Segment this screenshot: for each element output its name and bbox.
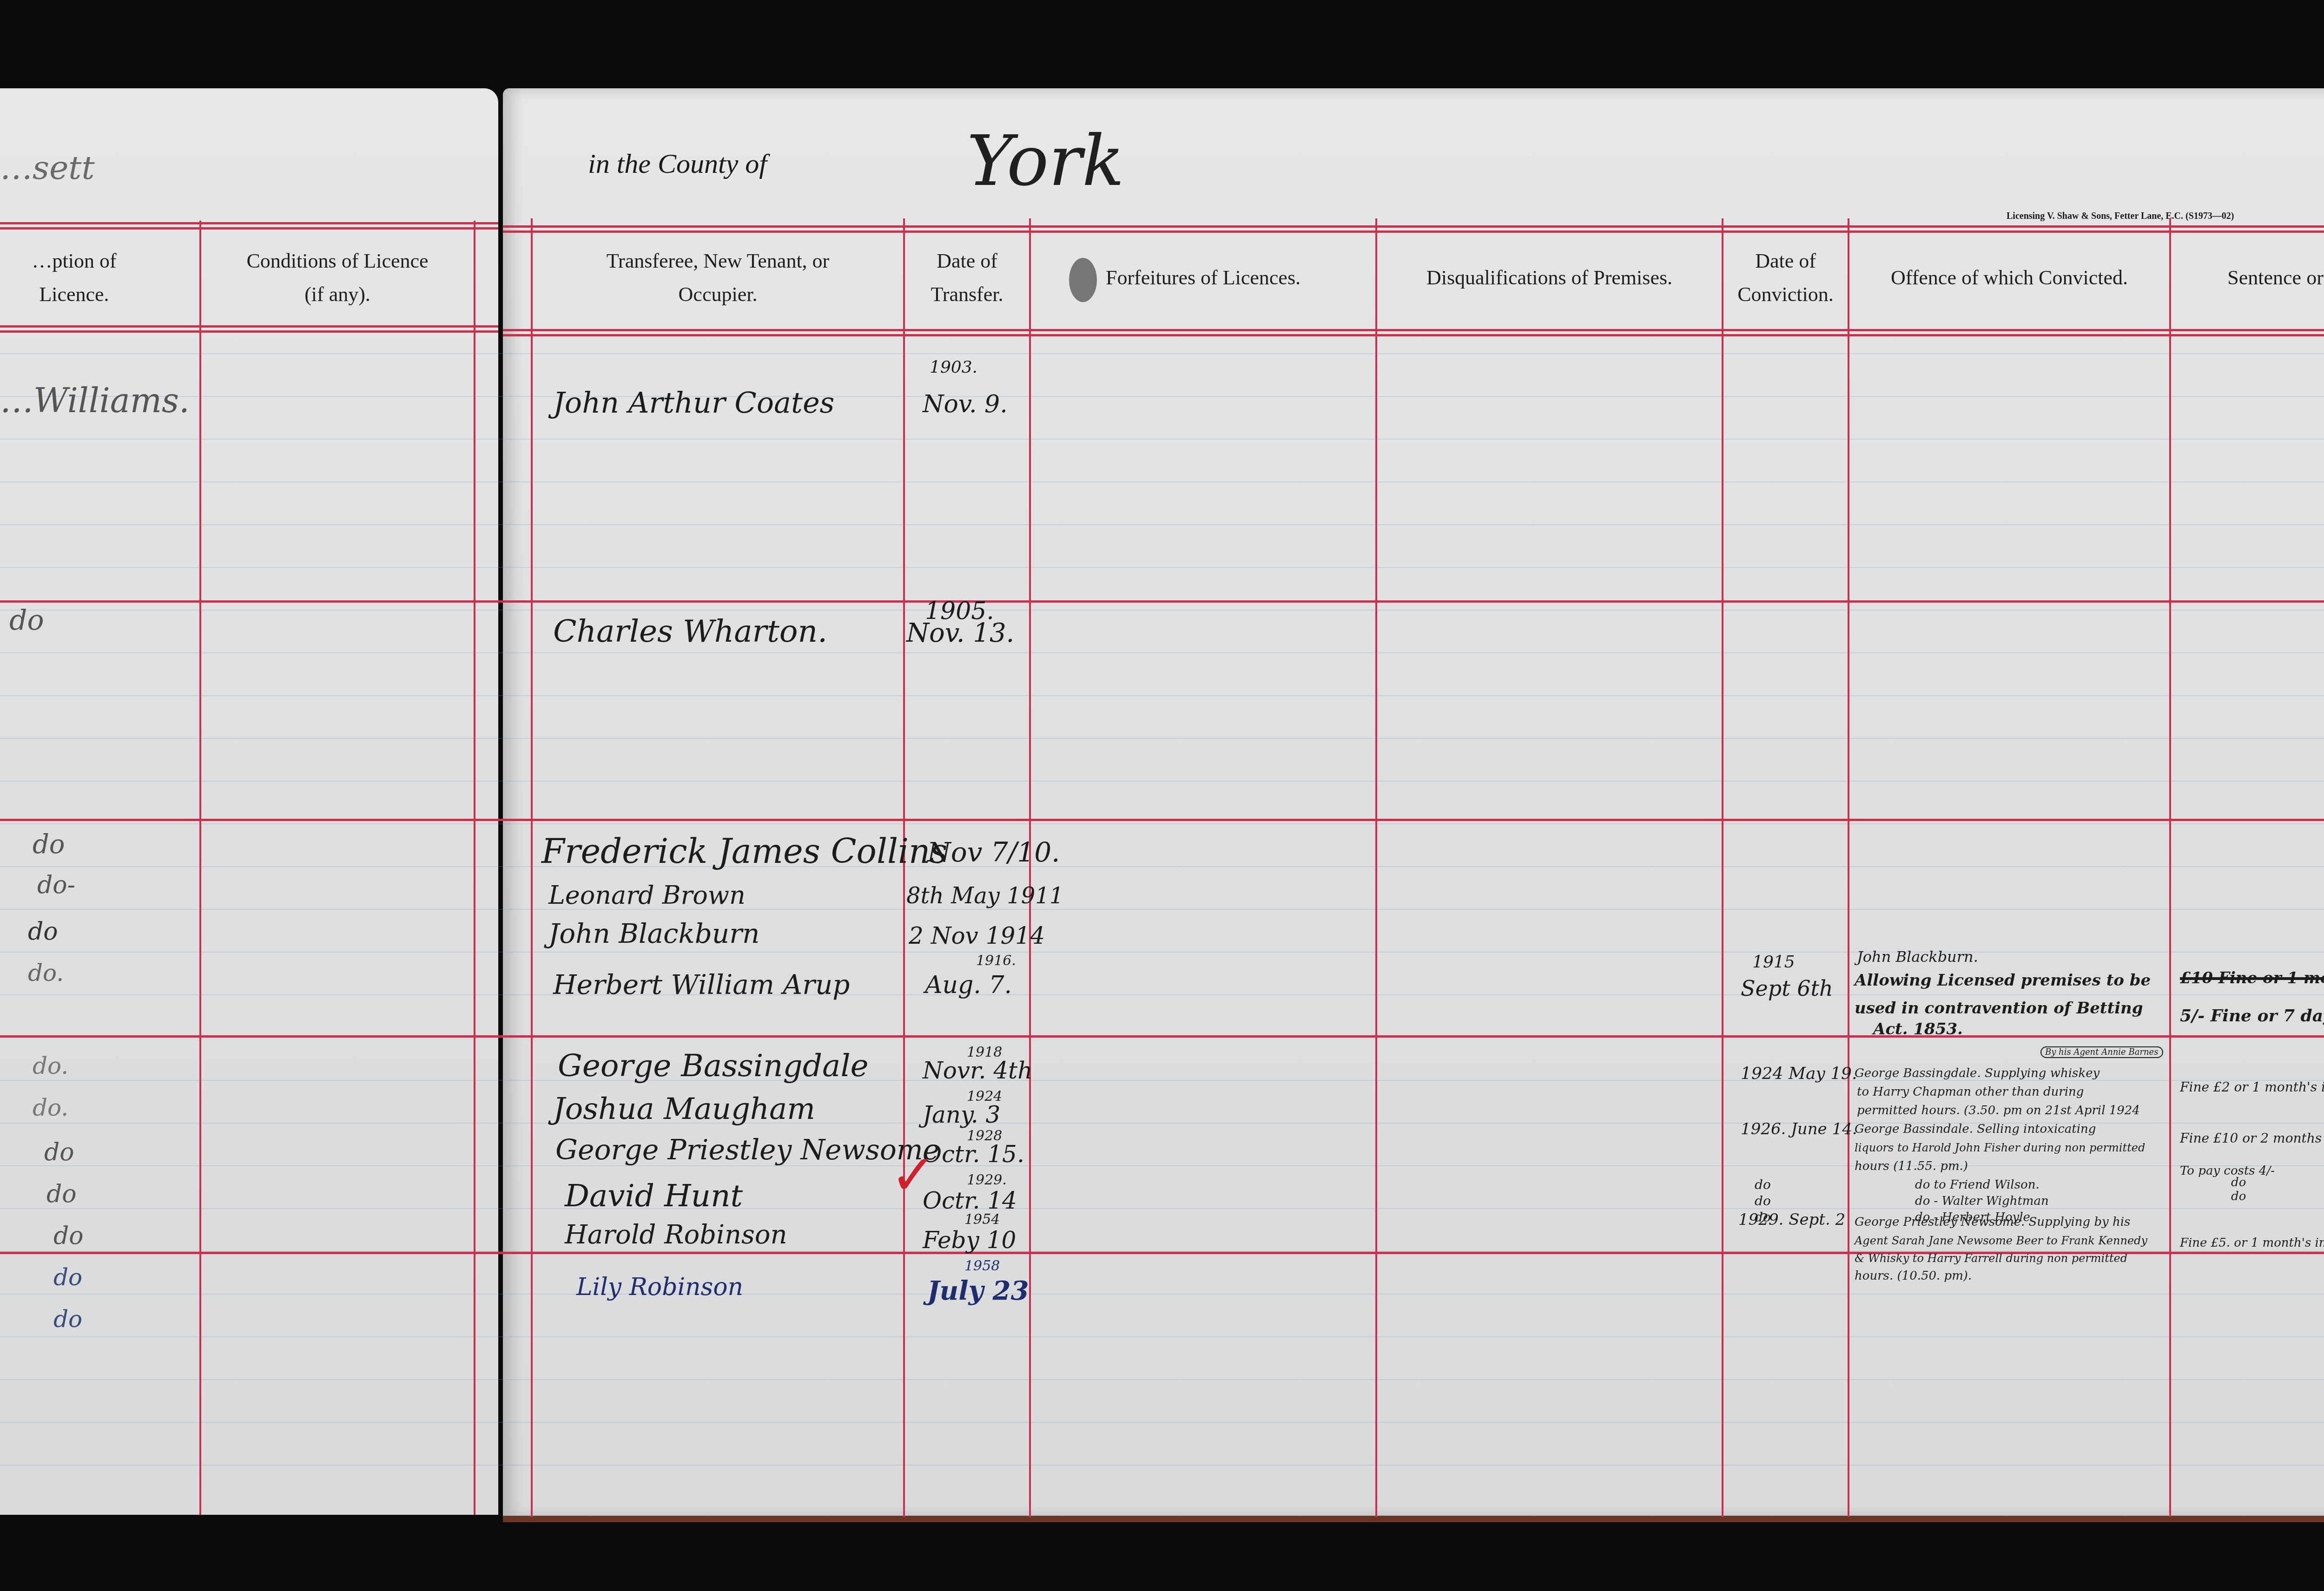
offence-line: Agent Sarah Jane Newsome Beer to Frank K… [1855,1231,2147,1250]
ruled-line [0,652,2324,653]
offence-line: Allowing Licensed premises to be [1855,971,2151,990]
offence-line: liquors to Harold John Fisher during non… [1855,1138,2145,1157]
left-header-top-rule [0,222,498,224]
ruled-line [0,909,2324,910]
transfer-date: Nov. 9. [923,390,1008,418]
sentence: do [2231,1187,2246,1206]
ruled-line [0,353,2324,354]
transferee-name: Frederick James Collins [541,832,947,871]
header-description-of-licence: …ption of Licence. [0,231,199,324]
ruled-line [0,1294,2324,1295]
ruled-line [0,1422,2324,1423]
left-entry: do [46,1180,77,1208]
column-divider [1848,218,1849,1517]
transfer-year: 1954 [964,1210,1000,1229]
conviction-date: 1929. Sept. 2 [1738,1210,1845,1229]
offence-line: Act. 1853. [1873,1020,1963,1039]
ruled-line [0,994,2324,995]
transfer-date: Octr. 15. [923,1141,1024,1168]
transfer-date: Aug. 7. [925,971,1012,999]
left-entry: do [53,1306,82,1333]
ruled-line [0,1379,2324,1380]
left-entry: do [9,604,44,637]
ruled-line [0,738,2324,739]
conviction-date: Sept 6th [1741,976,1833,1001]
conviction-year: 1915 [1752,953,1795,972]
offence-line: hours. (10.50. pm). [1855,1267,1972,1285]
book-bottom-edge [503,1516,2324,1522]
column-divider [474,221,475,1515]
transferee-name: John Blackburn [548,918,759,949]
ruled-line [0,439,2324,440]
offence-line: do - Walter Wightman [1915,1192,2049,1210]
header-sentence: Sentence or Order made. [2171,231,2324,324]
transferee-name: Joshua Maugham [553,1092,815,1126]
transfer-year: 1903. [930,358,977,377]
transfer-date: Nov. 13. [906,618,1014,648]
sentence: Fine £5. or 1 month's impt. [2180,1234,2324,1252]
sentence: Fine £2 or 1 month's impt. [2180,1078,2324,1097]
transferee-name: Lily Robinson [576,1273,743,1301]
header-disqualifications: Disqualifications of Premises. [1377,231,1722,324]
header-transferee: Transferee, New Tenant, or Occupier. [533,231,903,324]
left-entry: do. [33,1094,68,1121]
column-divider [2169,218,2171,1517]
ruled-line [0,610,2324,611]
offence-line: used in contravention of Betting [1855,999,2143,1018]
left-page-heading-fragment: …sett [0,149,95,187]
sentence: 5/- Fine or 7 days imprisonment [2180,1006,2324,1026]
row-divider [0,600,2324,603]
offence-line: permitted hours. (3.50. pm on 21st April… [1857,1101,2140,1120]
ruled-line [0,866,2324,867]
offence-line: do to Friend Wilson. [1915,1176,2040,1194]
transferee-name: George Bassingdale [558,1048,869,1084]
ruled-line [0,524,2324,525]
left-entry: do [53,1264,82,1291]
transferee-name: John Arthur Coates [553,386,834,420]
left-entry: do. [28,960,64,986]
header-top-rule [503,225,2324,228]
column-divider [531,218,533,1517]
sentence: To pay costs 4/- [2180,1162,2275,1180]
left-entry: do- [37,871,75,899]
conviction-date: 1926. June 14. [1741,1120,1857,1138]
transferee-name: Charles Wharton. [553,613,827,649]
header-offence: Offence of which Convicted. [1849,231,2169,324]
transfer-date: 2 Nov 1914 [909,922,1045,949]
transferee-name: George Priestley Newsome [555,1134,939,1166]
sentence: Fine £10 or 2 months impt. [2180,1129,2324,1148]
transferee-name: Harold Robinson [565,1220,787,1250]
transfer-date: Jany. 3 [923,1101,1000,1128]
ruled-line [0,1336,2324,1337]
header-date-of-transfer: Date of Transfer. [905,231,1029,324]
ruled-line [0,781,2324,782]
header-conditions-of-licence: Conditions of Licence (if any). [201,231,474,324]
left-entry: do [28,918,58,946]
offence-line: to Harry Chapman other than during [1857,1083,2084,1101]
transfer-date: Nov 7/10. [927,836,1060,868]
conviction-date: do [1755,1192,1771,1210]
conviction-date: do [1755,1176,1771,1194]
transfer-year: 1916. [976,953,1016,969]
transfer-date: 8th May 1911 [906,883,1063,909]
offence-line: hours (11.55. pm.) [1855,1157,1968,1176]
transfer-date: July 23 [927,1275,1029,1306]
ruled-line [0,481,2324,482]
transfer-date: Feby 10 [923,1227,1016,1254]
transfer-year: 1929. [967,1171,1007,1190]
left-entry: do [44,1138,74,1166]
ink-blot [1069,258,1097,302]
row-divider [0,819,2324,821]
ruled-line [0,567,2324,568]
column-divider [1375,218,1377,1517]
sentence-struck: £10 Fine or 1 months' imprisonment [2180,969,2324,987]
offence-line: George Priestley Newsome. Supplying by h… [1855,1213,2130,1231]
ruled-line [0,695,2324,696]
left-entry: do [53,1222,84,1250]
transferee-name: Leonard Brown [548,881,746,910]
offence-line: George Bassindale. Selling intoxicating [1855,1120,2096,1138]
offence-line: John Blackburn. [1857,948,1978,966]
county-value: York [967,121,1124,202]
left-entry: do. [33,1052,68,1079]
column-divider [1722,218,1723,1517]
printer-imprint: Licensing V. Shaw & Sons, Fetter Lane, E… [2007,211,2234,222]
left-header-bottom-rule [0,325,498,328]
county-label: in the County of [588,148,767,180]
left-entry: do [33,829,65,860]
conviction-date: 1924 May 19. [1741,1064,1857,1083]
row-divider [0,1035,2324,1038]
ruled-line [0,1165,2324,1166]
ruled-line [0,823,2324,824]
offence-line: & Whisky to Harry Farrell during non per… [1855,1249,2127,1268]
ruled-line [0,396,2324,397]
column-divider [199,221,201,1515]
transferee-name: Herbert William Arup [553,969,850,1000]
offence-annotation: By his Agent Annie Barnes [2040,1046,2163,1058]
ruled-line [0,1465,2324,1466]
transfer-date: Novr. 4th [923,1057,1032,1084]
offence-line: George Bassingdale. Supplying whiskey [1855,1064,2100,1083]
transferee-name: David Hunt [565,1178,743,1214]
transfer-year: 1958 [964,1257,1000,1275]
header-date-of-conviction: Date of Conviction. [1723,231,1848,324]
left-entry: …Williams. [0,381,190,420]
header-bottom-rule [503,329,2324,331]
